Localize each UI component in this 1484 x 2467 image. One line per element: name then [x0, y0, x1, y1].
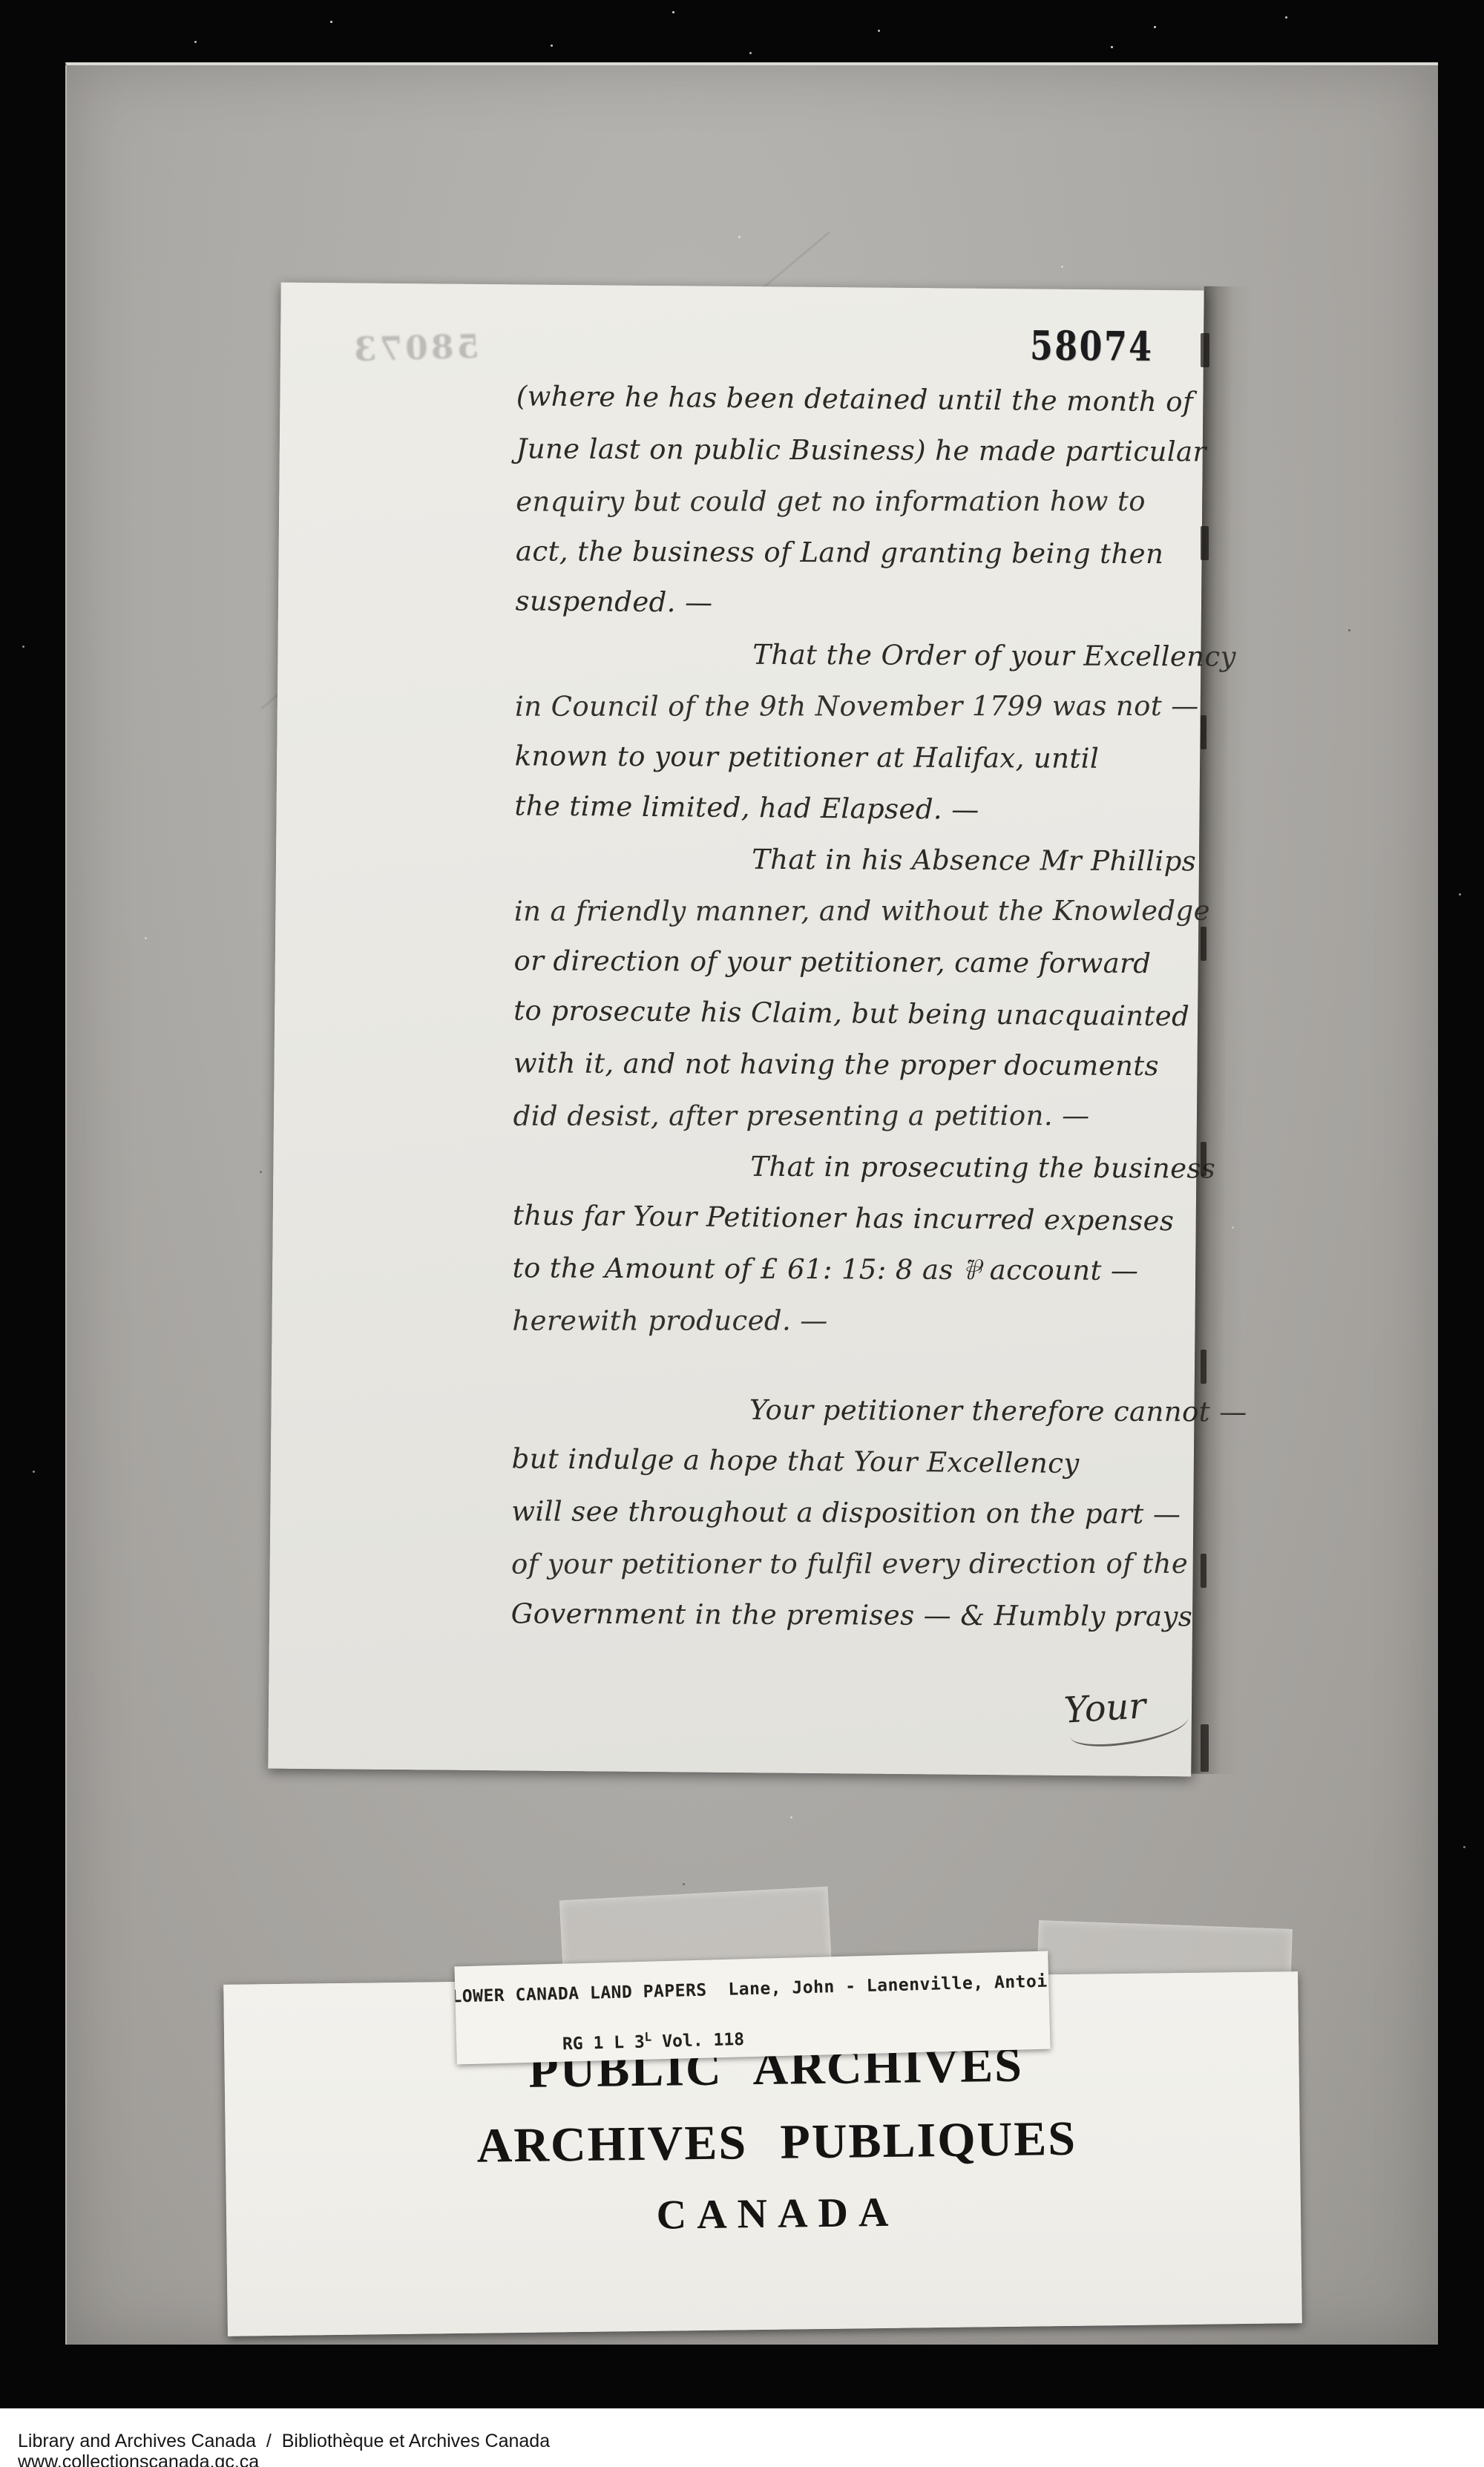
archives-stamp-line-2: ARCHIVES PUBLIQUES: [239, 2108, 1314, 2178]
manuscript-line: in a friendly manner, and without the Kn…: [514, 885, 1182, 937]
binding-mark: [1201, 333, 1209, 367]
manuscript-page: 58073 58074 (where he has been detained …: [268, 283, 1205, 1777]
page-number-stamp: 58074: [1030, 321, 1154, 369]
binding-mark: [1201, 526, 1209, 560]
manuscript-line: herewith produced. —: [512, 1295, 1180, 1347]
manuscript-line: June last on public Business) he made pa…: [516, 423, 1183, 477]
ghost-page-number: 58073: [350, 328, 479, 369]
binding-mark: [1201, 1142, 1206, 1176]
binding-mark: [1201, 1554, 1206, 1588]
footer-bar: Library and Archives Canada / Bibliothèq…: [0, 2408, 1484, 2467]
manuscript-line: Your petitioner therefore cannot —: [512, 1383, 1180, 1437]
call-number-volume: Vol. 118: [651, 2030, 744, 2052]
manuscript-line: Government in the premises — & Humbly pr…: [511, 1588, 1179, 1642]
manuscript-line: will see throughout a disposition on the…: [511, 1485, 1179, 1540]
manuscript-line: with it, and not having the proper docum…: [513, 1037, 1181, 1091]
binding-mark: [1201, 1724, 1209, 1772]
footer-institution-name: Library and Archives Canada / Bibliothèq…: [18, 2431, 550, 2452]
manuscript-line: suspended. —: [515, 575, 1183, 632]
manuscript-line: thus far Your Petitioner has incurred ex…: [513, 1189, 1181, 1246]
reference-label-call-number: RG 1 L 3L Vol. 118: [479, 2008, 745, 2064]
manuscript-line: of your petitioner to fulfil every direc…: [511, 1538, 1179, 1590]
photo-frame: 58073 58074 (where he has been detained …: [65, 62, 1438, 2345]
reference-label-title: LOWER CANADA LAND PAPERS Lane, John - La…: [456, 1971, 1050, 2007]
reference-label: LOWER CANADA LAND PAPERS Lane, John - La…: [454, 1951, 1050, 2065]
film-dust-specks: [0, 0, 2, 2]
manuscript-line: in Council of the 9th November 1799 was …: [515, 680, 1183, 732]
microfilm-scan: 58073 58074 (where he has been detained …: [0, 0, 1484, 2467]
manuscript-line: enquiry but could get no information how…: [516, 476, 1183, 528]
manuscript-line: known to your petitioner at Halifax, unt…: [515, 730, 1183, 784]
call-number-superscript: L: [644, 2030, 651, 2044]
manuscript-line: That the Order of your Excellency: [515, 628, 1183, 682]
manuscript-line: or direction of your petitioner, came fo…: [513, 935, 1181, 989]
manuscript-line: act, the business of Land granting being…: [516, 525, 1183, 579]
photo-dust-specks: [67, 65, 69, 68]
call-number-prefix: RG 1 L 3: [562, 2032, 645, 2054]
manuscript-line: (where he has been detained until the mo…: [516, 370, 1185, 427]
manuscript-line: That in prosecuting the business: [513, 1140, 1181, 1194]
manuscript-line: did desist, after presenting a petition.…: [513, 1090, 1181, 1142]
manuscript-line: to prosecute his Claim, but being unacqu…: [513, 985, 1182, 1042]
binding-mark: [1201, 715, 1206, 749]
manuscript-line: to the Amount of £ 61: 15: 8 as ⅌ accoun…: [513, 1242, 1181, 1296]
manuscript-line: but indulge a hope that Your Excellency: [511, 1433, 1180, 1490]
binding-mark: [1201, 927, 1206, 961]
archives-stamp-line-3: CANADA: [240, 2184, 1316, 2244]
binding-mark: [1201, 1350, 1206, 1384]
manuscript-line: the time limited, had Elapsed. —: [514, 780, 1183, 837]
footer-website-url: www.collectionscanada.gc.ca: [18, 2451, 259, 2467]
manuscript-text: (where he has been detained until the mo…: [511, 372, 1184, 1642]
manuscript-line: That in his Absence Mr Phillips: [514, 832, 1182, 887]
